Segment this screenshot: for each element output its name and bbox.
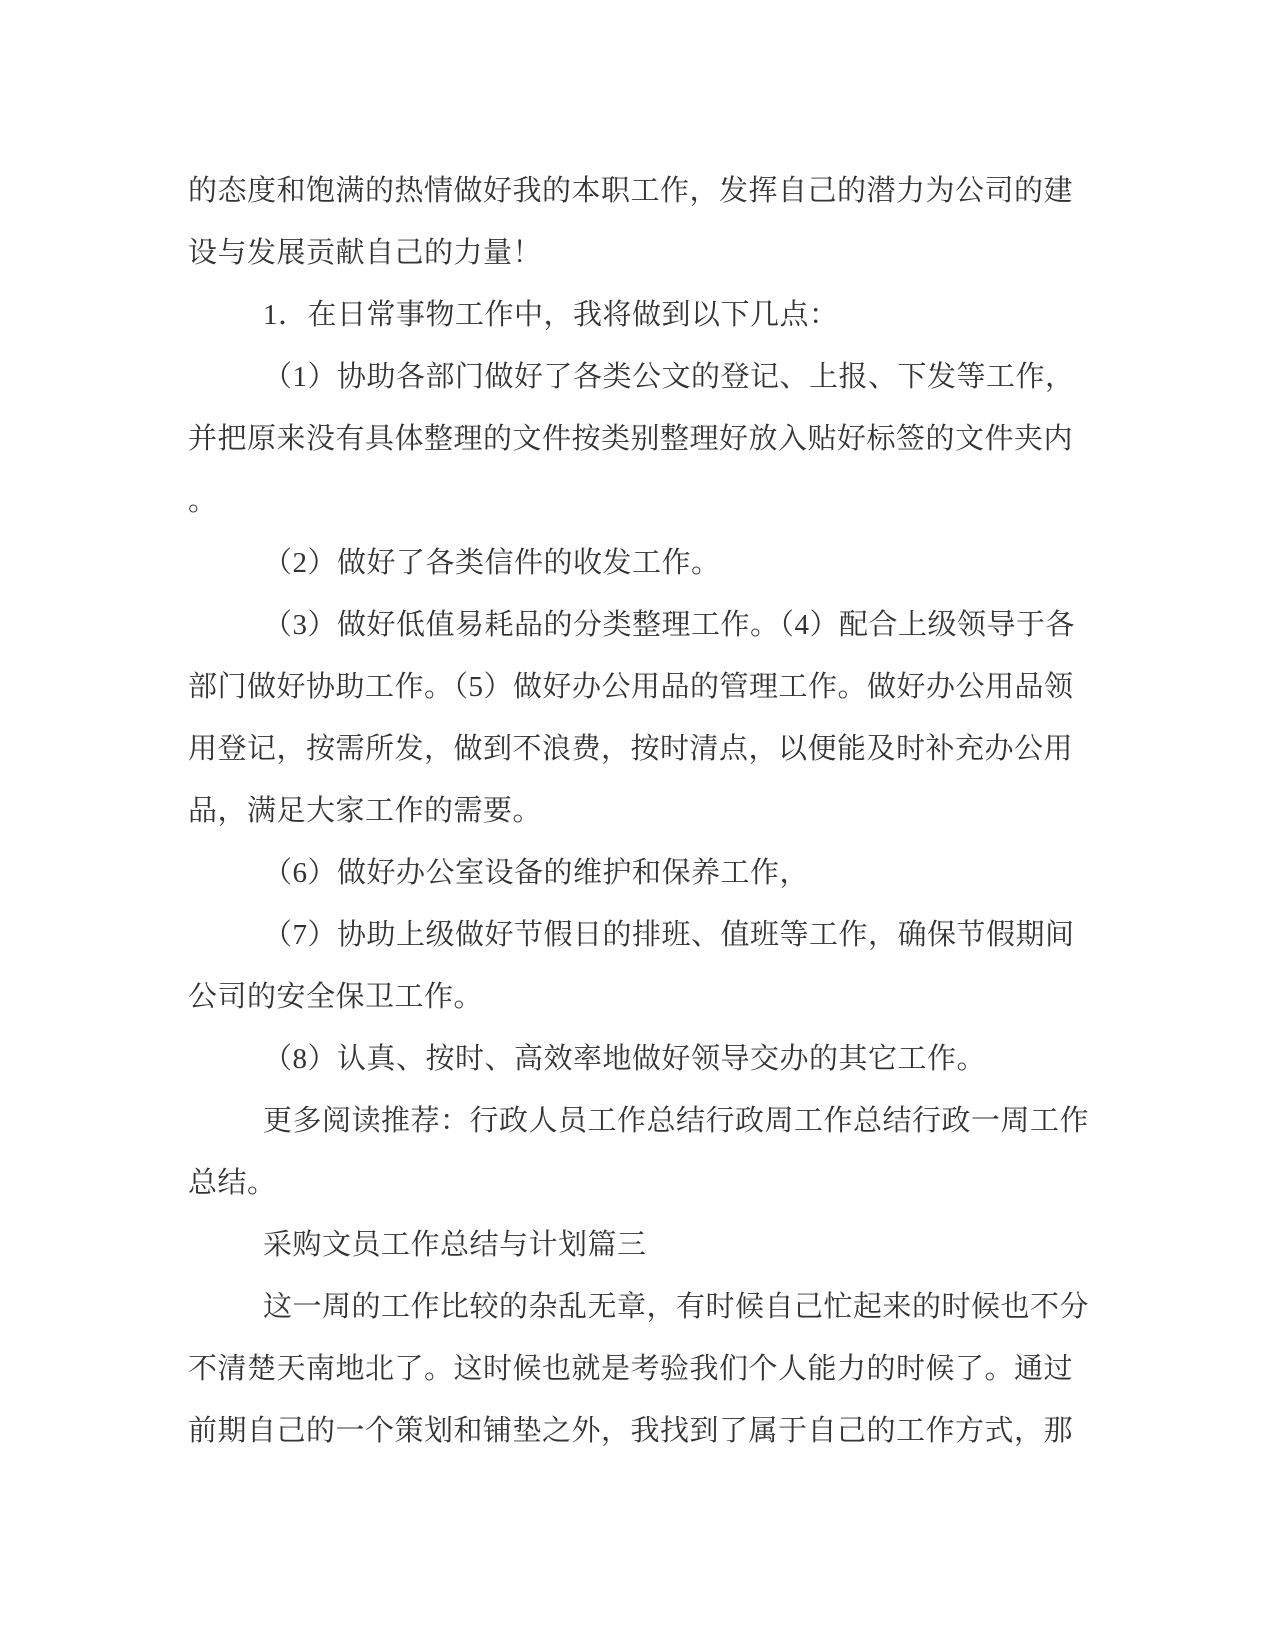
doc-line: 公司的安全保卫工作。 — [188, 966, 1070, 1028]
doc-line: （6）做好办公室设备的维护和保养工作， — [188, 842, 1070, 904]
doc-line: 。 — [188, 470, 1070, 532]
doc-line: （8）认真、按时、高效率地做好领导交办的其它工作。 — [188, 1028, 1070, 1090]
doc-line: （3）做好低值易耗品的分类整理工作。（4）配合上级领导于各 — [188, 594, 1070, 656]
doc-line: （7）协助上级做好节假日的排班、值班等工作，确保节假期间 — [188, 904, 1070, 966]
doc-line: 并把原来没有具体整理的文件按类别整理好放入贴好标签的文件夹内 — [188, 408, 1070, 470]
doc-line: 不清楚天南地北了。这时候也就是考验我们个人能力的时候了。通过 — [188, 1338, 1070, 1400]
document-page: 的态度和饱满的热情做好我的本职工作，发挥自己的潜力为公司的建 设与发展贡献自己的… — [0, 0, 1275, 1650]
doc-line: 采购文员工作总结与计划篇三 — [188, 1214, 1070, 1276]
doc-line: （1）协助各部门做好了各类公文的登记、上报、下发等工作， — [188, 346, 1070, 408]
doc-line: 部门做好协助工作。（5）做好办公用品的管理工作。做好办公用品领 — [188, 656, 1070, 718]
doc-line: 这一周的工作比较的杂乱无章，有时候自己忙起来的时候也不分 — [188, 1276, 1070, 1338]
doc-line: 总结。 — [188, 1152, 1070, 1214]
doc-line: 品，满足大家工作的需要。 — [188, 780, 1070, 842]
doc-line: 设与发展贡献自己的力量！ — [188, 222, 1070, 284]
document-text-block: 的态度和饱满的热情做好我的本职工作，发挥自己的潜力为公司的建 设与发展贡献自己的… — [188, 160, 1070, 1462]
doc-line: 的态度和饱满的热情做好我的本职工作，发挥自己的潜力为公司的建 — [188, 160, 1070, 222]
doc-line: 1．在日常事物工作中，我将做到以下几点： — [188, 284, 1070, 346]
doc-line: 用登记，按需所发，做到不浪费，按时清点，以便能及时补充办公用 — [188, 718, 1070, 780]
doc-line: 前期自己的一个策划和铺垫之外，我找到了属于自己的工作方式，那 — [188, 1400, 1070, 1462]
doc-line: （2）做好了各类信件的收发工作。 — [188, 532, 1070, 594]
doc-line: 更多阅读推荐：行政人员工作总结行政周工作总结行政一周工作 — [188, 1090, 1070, 1152]
